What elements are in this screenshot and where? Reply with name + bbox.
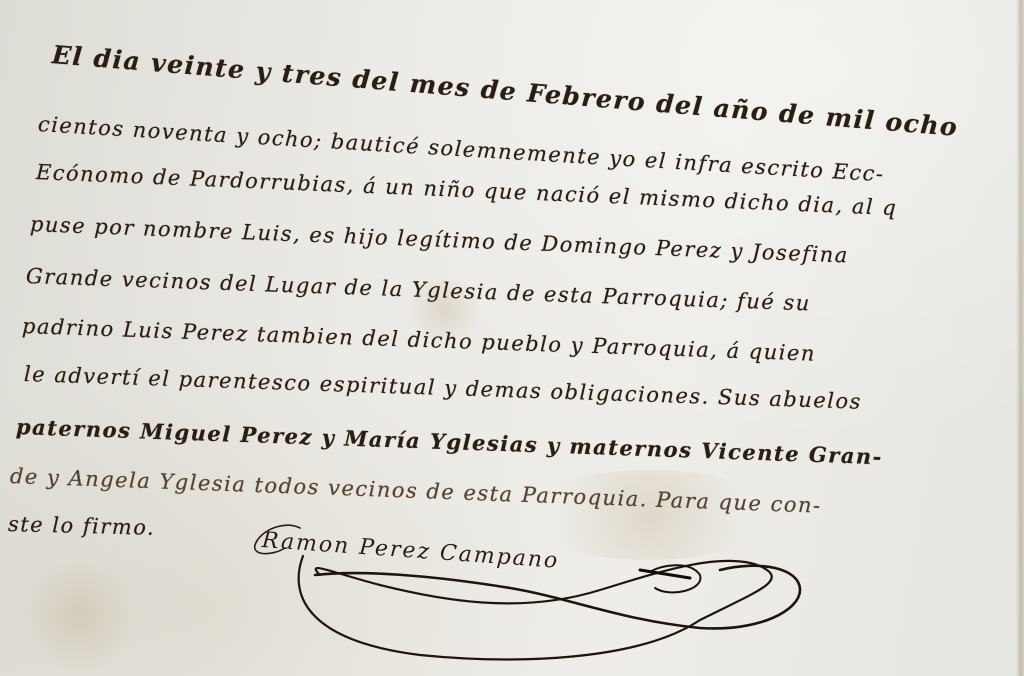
priest-signature: Ramon Perez Campano [261, 528, 560, 574]
paper-stain [20, 560, 140, 670]
page-edge-shadow [1016, 0, 1024, 676]
record-line-7: le advertí el parentesco espiritual y de… [24, 362, 863, 414]
record-line-4: puse por nombre Luis, es hijo legítimo d… [30, 212, 850, 267]
record-line-8: paternos Miguel Perez y María Yglesias y… [16, 414, 884, 469]
record-line-10: ste lo firmo. [8, 512, 156, 540]
record-line-9: de y Angela Yglesia todos vecinos de est… [10, 464, 822, 518]
manuscript-page: El dia veinte y tres del mes de Febrero … [0, 0, 1024, 676]
